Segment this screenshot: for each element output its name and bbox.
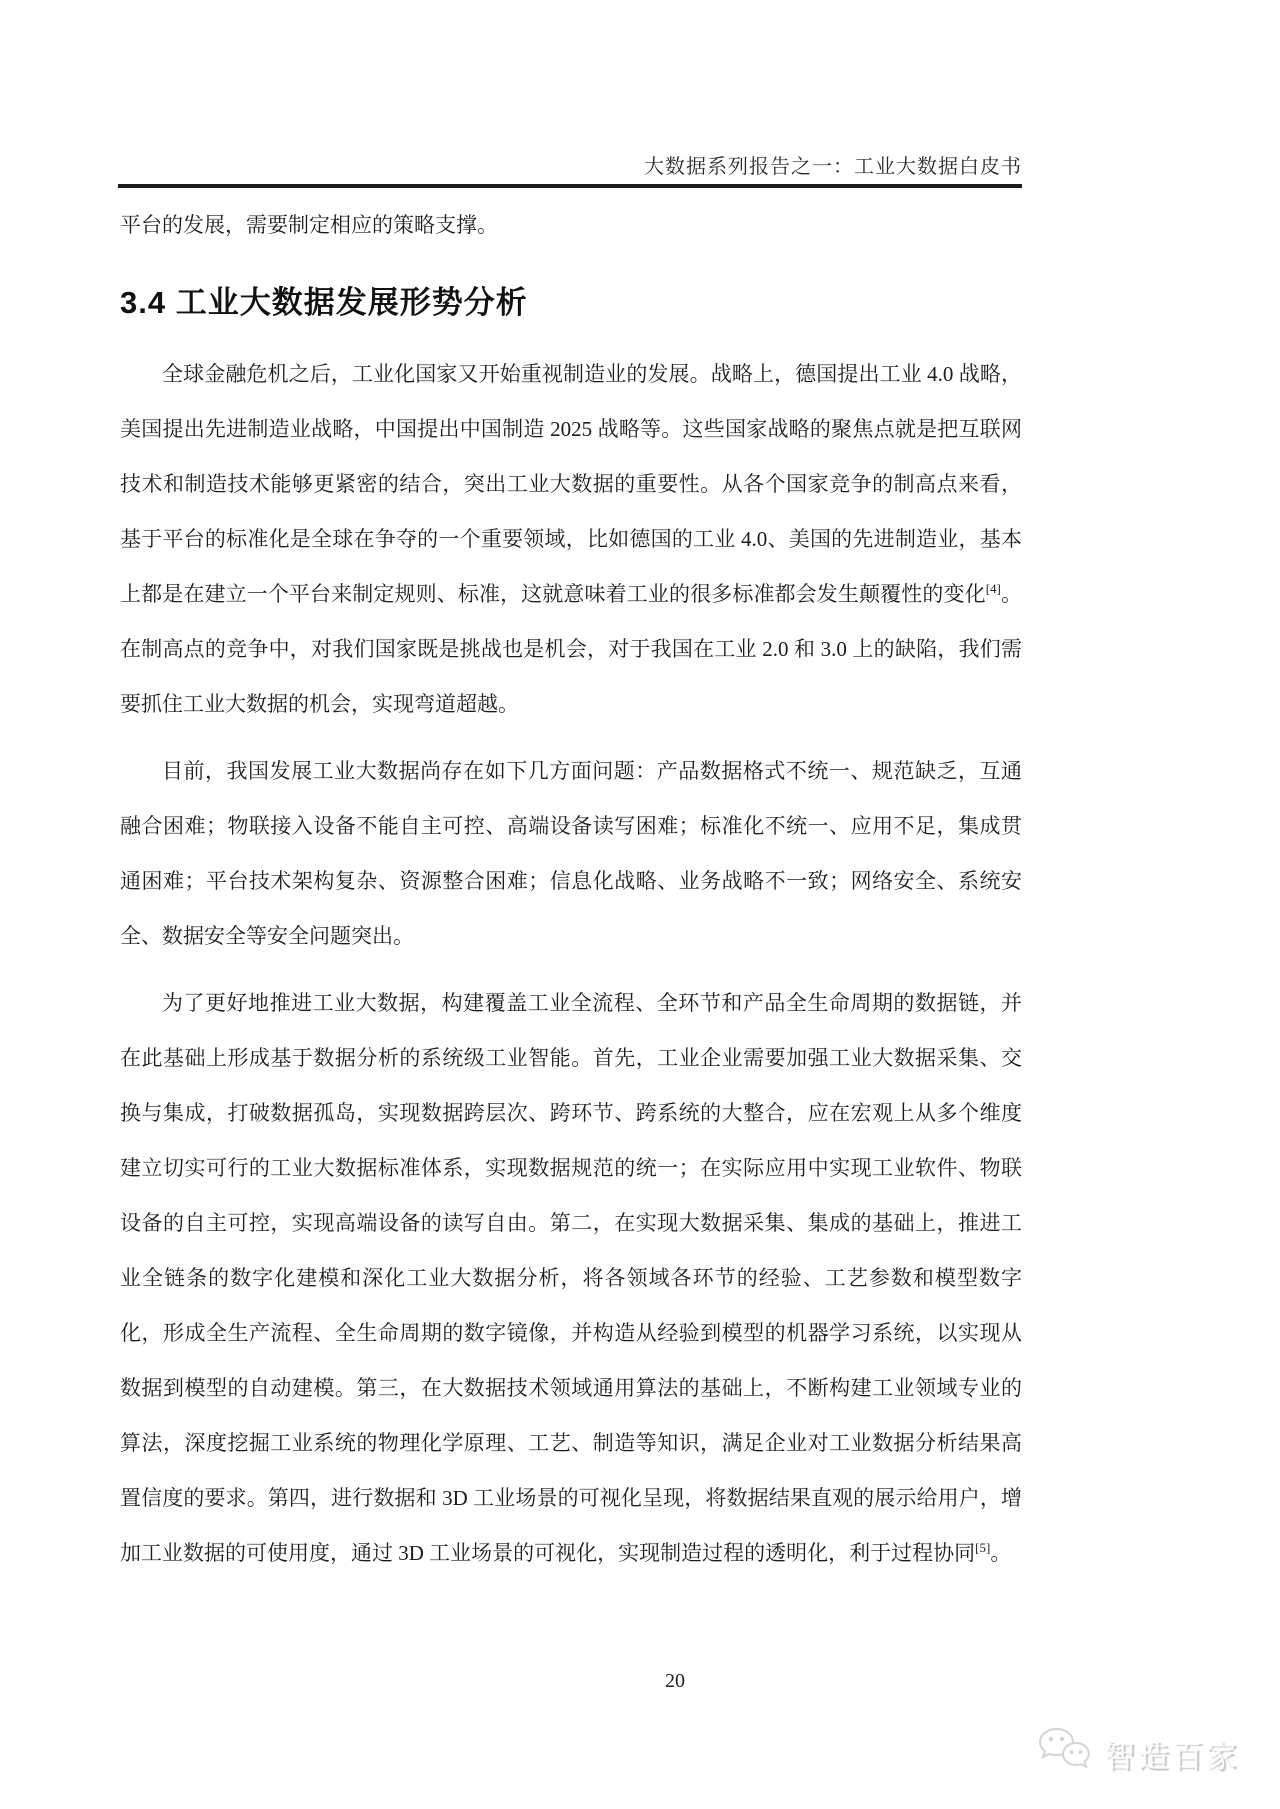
section-heading: 3.4 工业大数据发展形势分析 (120, 281, 1022, 325)
watermark: 智造百家 (1032, 1726, 1240, 1781)
paragraph-text: 全球金融危机之后，工业化国家又开始重视制造业的发展。战略上，德国提出工业 4.0… (120, 362, 1022, 606)
watermark-label: 智造百家 (1104, 1731, 1240, 1776)
page-header: 大数据系列报告之一：工业大数据白皮书 (118, 154, 1022, 188)
document-page: 大数据系列报告之一：工业大数据白皮书 平台的发展，需要制定相应的策略支撑。 3.… (0, 0, 1280, 1809)
body-paragraphs: 全球金融危机之后，工业化国家又开始重视制造业的发展。战略上，德国提出工业 4.0… (120, 347, 1022, 1581)
paragraph: 目前，我国发展工业大数据尚存在如下几方面问题：产品数据格式不统一、规范缺乏，互通… (120, 744, 1022, 964)
page-content: 平台的发展，需要制定相应的策略支撑。 3.4 工业大数据发展形势分析 全球金融危… (120, 198, 1022, 1581)
page-number: 20 (640, 1670, 710, 1693)
citation-superscript: [4] (986, 581, 1001, 596)
paragraph-text: 为了更好地推进工业大数据，构建覆盖工业全流程、全环节和产品全生命周期的数据链，并… (120, 991, 1022, 1565)
header-title: 大数据系列报告之一：工业大数据白皮书 (644, 156, 1022, 178)
paragraph-text: 。 (990, 1541, 1011, 1565)
wechat-chat-bubbles-icon (1032, 1726, 1094, 1781)
paragraph-text: 目前，我国发展工业大数据尚存在如下几方面问题：产品数据格式不统一、规范缺乏，互通… (120, 759, 1022, 948)
citation-superscript: [5] (975, 1540, 990, 1555)
paragraph: 为了更好地推进工业大数据，构建覆盖工业全流程、全环节和产品全生命周期的数据链，并… (120, 976, 1022, 1581)
lead-paragraph: 平台的发展，需要制定相应的策略支撑。 (120, 198, 1022, 253)
paragraph: 全球金融危机之后，工业化国家又开始重视制造业的发展。战略上，德国提出工业 4.0… (120, 347, 1022, 732)
